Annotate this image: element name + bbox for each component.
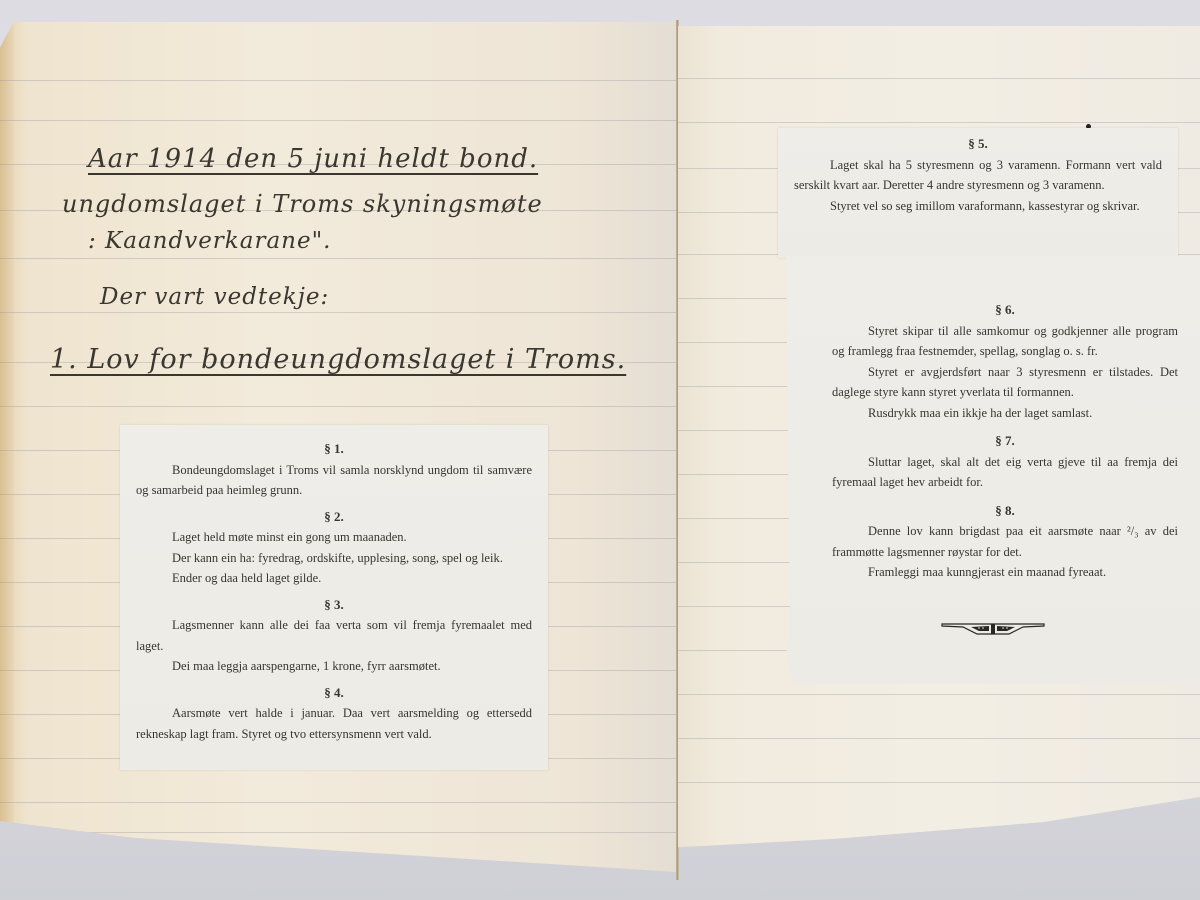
page-rule — [0, 802, 677, 803]
section-heading: § 8. — [832, 501, 1178, 522]
section-paragraph: Rusdrykk maa ein ikkje ha der laget saml… — [832, 403, 1178, 424]
section-paragraph: Aarsmøte vert halde i januar. Daa vert a… — [136, 703, 532, 744]
open-notebook: Aar 1914 den 5 juni heldt bond. ungdomsl… — [0, 0, 1200, 900]
section-paragraph: Denne lov kann brigdast paa eit aarsmøte… — [832, 521, 1178, 562]
page-rule — [678, 78, 1200, 79]
page-rule — [678, 782, 1200, 783]
handwritten-line-5: 1. Lov for bondeungdomslaget i Troms. — [50, 344, 626, 375]
section-heading: § 4. — [136, 683, 532, 704]
section-paragraph: Dei maa leggja aarspengarne, 1 krone, fy… — [136, 656, 532, 677]
handwritten-line-1: Aar 1914 den 5 juni heldt bond. — [88, 144, 538, 174]
section-heading: § 2. — [136, 507, 532, 528]
section-paragraph: Laget held møte minst ein gong um maanad… — [136, 527, 532, 548]
handwritten-text: Aar 1914 den 5 juni heldt bond. — [88, 144, 538, 174]
section-paragraph: Laget skal ha 5 styresmenn og 3 varamenn… — [794, 155, 1162, 196]
printed-clipping-right-top: § 5. Laget skal ha 5 styresmenn og 3 var… — [778, 128, 1178, 258]
section-paragraph: Styret er avgjerdsført naar 3 styresmenn… — [832, 362, 1178, 403]
handwritten-line-3: : Kaandverkarane". — [88, 228, 331, 254]
handwritten-line-2: ungdomslaget i Troms skyningsmøte — [62, 190, 543, 218]
page-rule — [678, 694, 1200, 695]
section-paragraph: Lagsmenner kann alle dei faa verta som v… — [136, 615, 532, 656]
printed-clipping-right-bottom: § 6. Styret skipar til alle samkomur og … — [786, 256, 1200, 684]
page-rule — [0, 258, 677, 259]
section-heading: § 1. — [136, 439, 532, 460]
handwritten-text: 1. Lov for bondeungdomslaget i Troms. — [50, 344, 626, 375]
page-rule — [0, 80, 677, 81]
printed-clipping-left: § 1. Bondeungdomslaget i Troms vil samla… — [120, 425, 548, 770]
section-paragraph: Framleggi maa kunngjerast ein maanad fyr… — [832, 562, 1178, 583]
section-paragraph: Bondeungdomslaget i Troms vil samla nors… — [136, 460, 532, 501]
page-rule — [0, 832, 677, 833]
section-paragraph: Styret skipar til alle samkomur og godkj… — [832, 321, 1178, 362]
handwritten-line-4: Der vart vedtekje: — [100, 284, 329, 310]
page-rule — [0, 312, 677, 313]
section-paragraph: Ender og daa held laget gilde. — [136, 568, 532, 589]
section-heading: § 6. — [832, 300, 1178, 321]
section-heading: § 7. — [832, 431, 1178, 452]
page-rule — [0, 120, 677, 121]
decorative-ornament-icon — [941, 622, 1045, 636]
page-rule — [0, 406, 677, 407]
page-rule — [678, 738, 1200, 739]
section-paragraph: Styret vel so seg imillom varaformann, k… — [794, 196, 1162, 217]
section-paragraph: Der kann ein ha: fyredrag, ordskifte, up… — [136, 548, 532, 569]
section-paragraph: Sluttar laget, skal alt det eig verta gj… — [832, 452, 1178, 493]
section-heading: § 3. — [136, 595, 532, 616]
section-heading: § 5. — [794, 134, 1162, 155]
page-rule — [678, 122, 1200, 123]
